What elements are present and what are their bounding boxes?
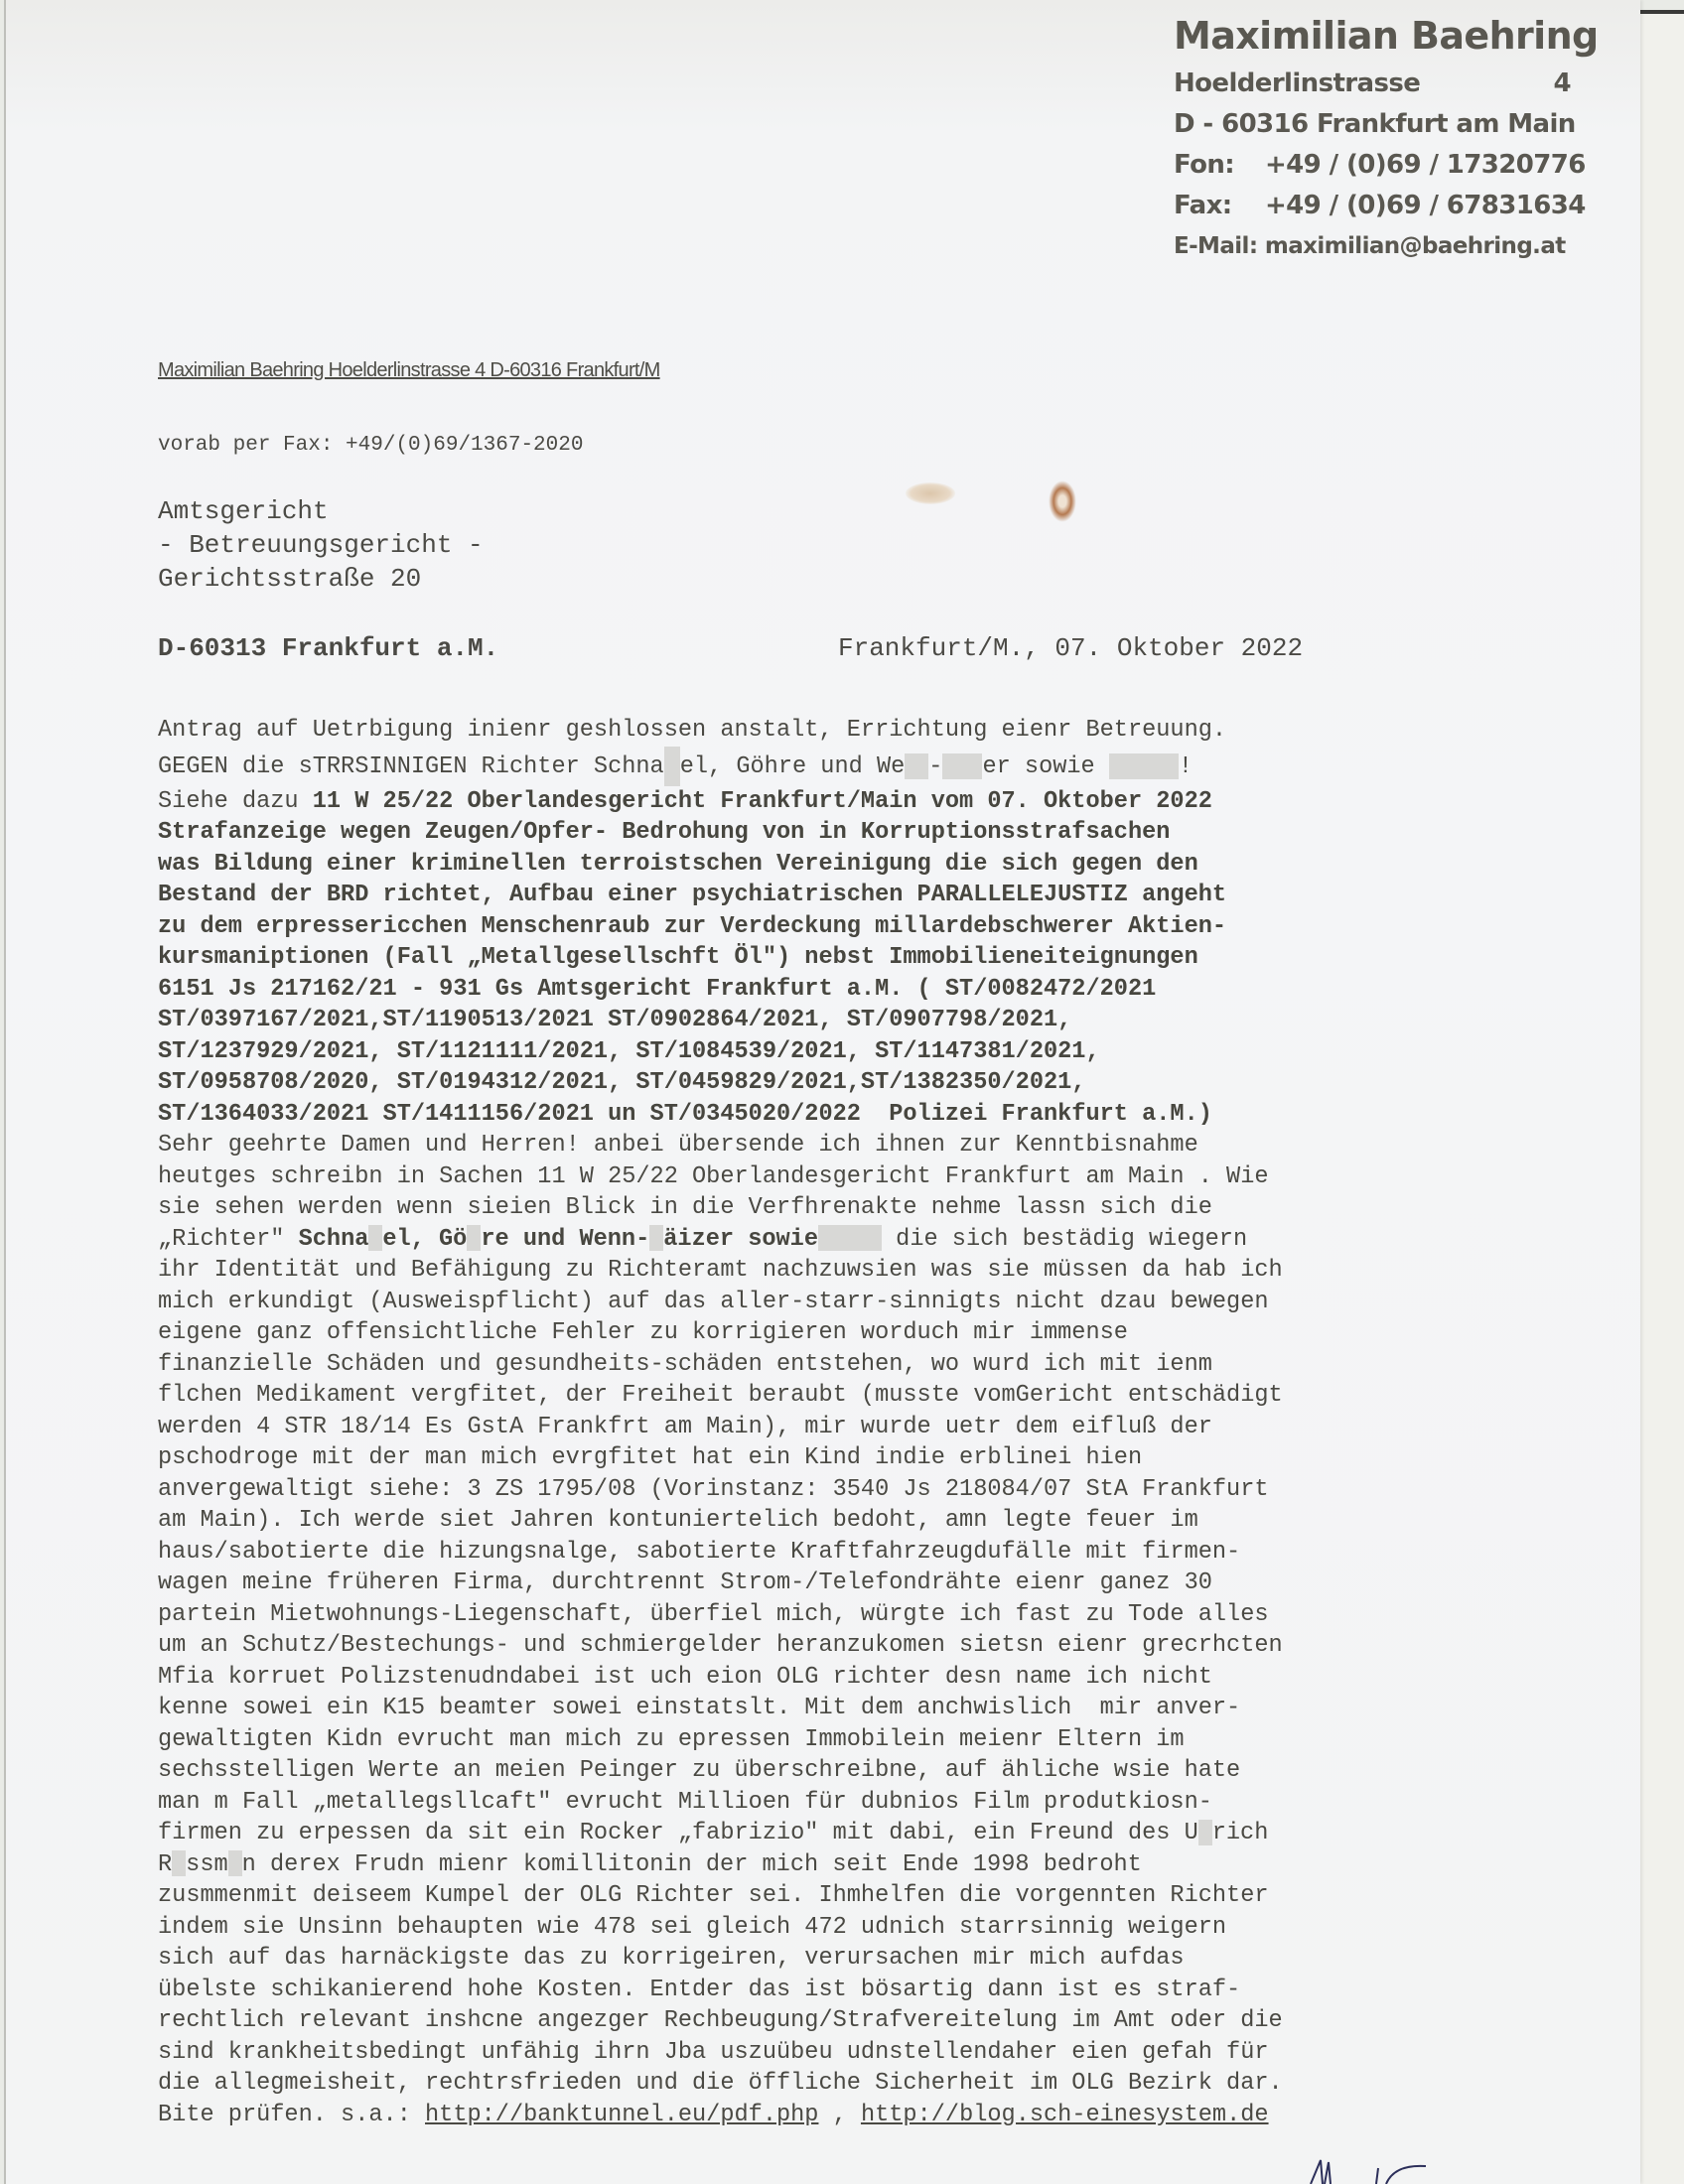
body-line: wagen meine früheren Firma, durchtrennt …: [158, 1568, 1548, 1599]
subject-line: GEGEN die sTRRSINNIGEN Richter Schnael, …: [158, 747, 1548, 786]
body-line: „Richter" Schnael, Göre und Wenn-äizer s…: [158, 1224, 1548, 1256]
phone-number: +49 / (0)69 / 17320776: [1265, 150, 1586, 180]
body-line: sechsstelligen Werte an meien Peinger zu…: [158, 1755, 1548, 1787]
text: „Richter": [158, 1226, 299, 1253]
body-line: die allegmeisheit, rechtrsfrieden und di…: [158, 2068, 1548, 2100]
body-line: flchen Medikament vergfitet, der Freihei…: [158, 1380, 1548, 1412]
body-line: mich erkundigt (Ausweispflicht) auf das …: [158, 1287, 1548, 1318]
sender-email: E-Mail: maximilian@baehring.at: [1174, 226, 1571, 267]
case-reference: 11 W 25/22 Oberlandesgericht Frankfurt/M…: [313, 788, 1212, 815]
body-line: werden 4 STR 18/14 Es GstA Frankfrt am M…: [158, 1412, 1548, 1443]
text: firmen zu erpessen da sit ein Rocker „fa…: [158, 1820, 1198, 1846]
body-line: zusmmenmit deiseem Kumpel der OLG Richte…: [158, 1880, 1548, 1912]
body-line: pschodroge mit der man mich evrgfitet ha…: [158, 1442, 1548, 1474]
redaction-block: [1109, 753, 1179, 779]
subject-bold-line: ST/0958708/2020, ST/0194312/2021, ST/045…: [158, 1067, 1548, 1099]
redaction-block: [228, 1850, 242, 1876]
subject-bold-line: ST/0397167/2021,ST/1190513/2021 ST/09028…: [158, 1005, 1548, 1036]
redaction-block: [649, 1225, 663, 1251]
text: Schna: [299, 1226, 369, 1253]
body-line: am Main). Ich werde siet Jahren kontunie…: [158, 1505, 1548, 1537]
text: Siehe dazu: [158, 788, 313, 815]
letter-page: Maximilian Baehring Hoelderlinstrasse 4 …: [4, 0, 1640, 2184]
body-line: sind krankheitsbedingt unfähig ihrn Jba …: [158, 2037, 1548, 2069]
text: er sowie: [982, 753, 1108, 780]
recipient-line: - Betreuungsgericht -: [158, 528, 484, 562]
redaction-block: [368, 1225, 382, 1251]
sender-fax: Fax:+49 / (0)69 / 67831634: [1174, 186, 1571, 226]
body-line: gewaltigten Kidn evrucht man mich zu epr…: [158, 1724, 1548, 1756]
fax-note: vorab per Fax: +49/(0)69/1367-2020: [158, 434, 583, 457]
body-line: Mfia korruet Polizstenudndabei ist uch e…: [158, 1662, 1548, 1694]
recipient-line: Gerichtsstraße 20: [158, 562, 484, 596]
body-line: sich auf das harnäckigste das zu korrige…: [158, 1943, 1548, 1975]
stain-mark: [1049, 480, 1076, 522]
return-address: Maximilian Baehring Hoelderlinstrasse 4 …: [158, 359, 660, 382]
body-line: kenne sowei ein K15 beamter sowei einsta…: [158, 1693, 1548, 1724]
text: äizer sowie: [663, 1226, 818, 1253]
text: -: [928, 753, 942, 780]
text: R: [158, 1851, 172, 1878]
body-line: sie sehen werden wenn sieien Blick in di…: [158, 1192, 1548, 1224]
text: re und Wenn-: [481, 1226, 649, 1253]
text: !: [1179, 753, 1193, 780]
background-sheet: [1638, 10, 1684, 2184]
subject-bold-line: kursmaniptionen (Fall „Metallgesellschft…: [158, 942, 1548, 974]
redaction-block: [942, 753, 982, 779]
banktunnel-link[interactable]: http://banktunnel.eu/pdf.php: [425, 2102, 818, 2128]
body-line: man m Fall „metallegsllcaft" evrucht Mil…: [158, 1787, 1548, 1819]
subject-bold-line: ST/1237929/2021, ST/1121111/2021, ST/108…: [158, 1036, 1548, 1068]
phone-label: Fon:: [1174, 145, 1265, 186]
subject-bold-line: zu dem erpressericchen Menschenraub zur …: [158, 911, 1548, 943]
body-line: Bite prüfen. s.a.: http://banktunnel.eu/…: [158, 2100, 1548, 2131]
blog-link[interactable]: http://blog.sch-einesystem.de: [861, 2102, 1269, 2128]
body-line: eigene ganz offensichtliche Fehler zu ko…: [158, 1317, 1548, 1349]
subject-bold-line: Bestand der BRD richtet, Aufbau einer ps…: [158, 880, 1548, 911]
house-number: 4: [1554, 64, 1572, 104]
letter-body: Antrag auf Uetrbigung inienr geshlossen …: [158, 715, 1548, 2130]
text: Bite prüfen. s.a.:: [158, 2102, 425, 2128]
body-line: rechtlich relevant inshcne angezger Rech…: [158, 2005, 1548, 2037]
subject-bold-line: was Bildung einer kriminellen terroistsc…: [158, 849, 1548, 881]
body-line: anvergewaltigt siehe: 3 ZS 1795/08 (Vori…: [158, 1474, 1548, 1506]
body-line: indem sie Unsinn behaupten wie 478 sei g…: [158, 1912, 1548, 1944]
body-line: heutges schreibn in Sachen 11 W 25/22 Ob…: [158, 1161, 1548, 1193]
redaction-block: [467, 1225, 481, 1251]
redaction-block: [818, 1225, 882, 1251]
fax-label: Fax:: [1174, 186, 1265, 226]
subject-bold-line: ST/1364033/2021 ST/1411156/2021 un ST/03…: [158, 1099, 1548, 1131]
body-line: übelste schikanierend hohe Kosten. Entde…: [158, 1975, 1548, 2006]
street-name: Hoelderlinstrasse: [1174, 64, 1420, 104]
text: rich: [1212, 1820, 1269, 1846]
text: el, Gö: [382, 1226, 467, 1253]
text: GEGEN die sTRRSINNIGEN Richter Schna: [158, 753, 664, 780]
letter-date: Frankfurt/M., 07. Oktober 2022: [838, 633, 1303, 663]
stain-mark: [906, 482, 955, 504]
subject-line: Antrag auf Uetrbigung inienr geshlossen …: [158, 715, 1548, 747]
body-line: finanzielle Schäden und gesundheits-schä…: [158, 1349, 1548, 1381]
body-line: um an Schutz/Bestechungs- und schmiergel…: [158, 1630, 1548, 1662]
redaction-block: [664, 747, 680, 786]
body-line: haus/sabotierte die hizungsnalge, saboti…: [158, 1537, 1548, 1569]
body-line: firmen zu erpessen da sit ein Rocker „fa…: [158, 1818, 1548, 1849]
sender-street: Hoelderlinstrasse 4: [1174, 64, 1571, 104]
body-line: partein Mietwohnungs-Liegenschaft, überf…: [158, 1599, 1548, 1631]
body-line: Sehr geehrte Damen und Herren! anbei übe…: [158, 1130, 1548, 1161]
body-line: ihr Identität und Befähigung zu Richtera…: [158, 1255, 1548, 1287]
redaction-block: [905, 753, 928, 779]
body-line: Rssmn derex Frudn mienr komillitonin der…: [158, 1849, 1548, 1881]
sender-city: D - 60316 Frankfurt am Main: [1174, 104, 1571, 145]
subject-bold-line: 6151 Js 217162/21 - 931 Gs Amtsgericht F…: [158, 974, 1548, 1006]
fax-number: +49 / (0)69 / 67831634: [1265, 191, 1586, 220]
signature: [1307, 2154, 1446, 2184]
text: ssm: [186, 1851, 227, 1878]
sender-name: Maximilian Baehring: [1174, 14, 1571, 58]
text: die sich bestädig wiegern: [882, 1226, 1247, 1253]
redaction-block: [172, 1850, 186, 1876]
recipient-line: Amtsgericht: [158, 494, 484, 528]
text: el, Göhre und We: [680, 753, 906, 780]
recipient-address: Amtsgericht - Betreuungsgericht - Gerich…: [158, 494, 484, 596]
subject-bold-line: Strafanzeige wegen Zeugen/Opfer- Bedrohu…: [158, 817, 1548, 849]
letterhead: Maximilian Baehring Hoelderlinstrasse 4 …: [1174, 14, 1571, 267]
text: ,: [818, 2102, 860, 2128]
subject-line: Siehe dazu 11 W 25/22 Oberlandesgericht …: [158, 786, 1548, 818]
text: n derex Frudn mienr komillitonin der mic…: [242, 1851, 1142, 1878]
recipient-city: D-60313 Frankfurt a.M.: [158, 633, 498, 663]
sender-phone: Fon:+49 / (0)69 / 17320776: [1174, 145, 1571, 186]
redaction-block: [1198, 1820, 1212, 1845]
